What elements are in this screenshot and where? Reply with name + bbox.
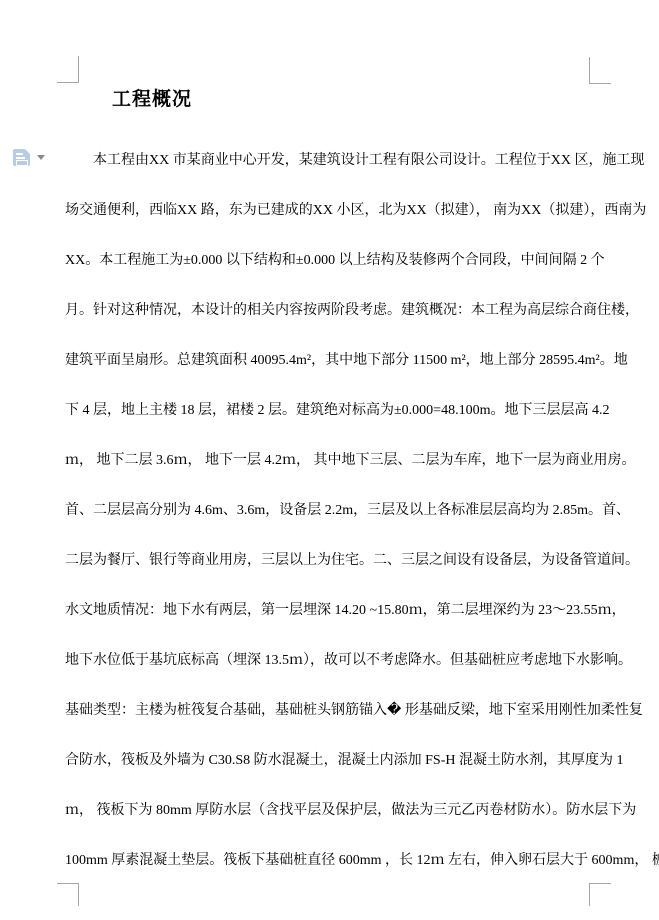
page-fold-icon <box>25 149 30 154</box>
paragraph-line: 首、二层层高分别为 4.6m、3.6m，设备层 2.2m，三层及以上各标准层层高… <box>65 486 594 536</box>
paragraph-line: ｍ， 筏板下为 80mm 厚防水层（含找平层及保护层，做法为三元乙丙卷材防水）。… <box>65 786 594 836</box>
document-page: 工程概况 本工程由XX 市某商业中心开发，某建筑设计工程有限公司设计。工程位于X… <box>0 0 659 920</box>
paragraph-line: 月。针对这种情况，本设计的相关内容按两阶段考虑。建筑概况：本工程为高层综合商住楼… <box>65 286 594 336</box>
paragraph-line: XX。本工程施工为±0.000 以下结构和±0.000 以上结构及装修两个合同段… <box>65 236 594 286</box>
paragraph-line: 水文地质情况：地下水有两层，第一层埋深 14.20 ~15.80ｍ，第二层埋深约… <box>65 586 594 636</box>
paragraph-line: 基础类型：主楼为桩筏复合基础，基础桩头钢筋锚入� 形基础反梁，地下室采用刚性加柔… <box>65 686 594 736</box>
crop-mark-bottom-right-icon <box>589 883 611 906</box>
paragraph-line: 二层为餐厅、银行等商业用房，三层以上为住宅。二、三层之间设有设备层，为设备管道间… <box>65 536 594 586</box>
paragraph-line: 地下水位低于基坑底标高（埋深 13.5ｍ），故可以不考虑降水。但基础桩应考虑地下… <box>65 636 594 686</box>
crop-mark-top-left-icon <box>57 56 79 83</box>
paragraph-line: 场交通便利，西临XX 路，东为已建成的XX 小区，北为XX（拟建）， 南为XX（… <box>65 186 594 236</box>
paste-options-icon <box>13 149 30 166</box>
crop-mark-bottom-left-icon <box>57 883 79 906</box>
paragraph-line: ｍ， 地下二层 3.6ｍ， 地下一层 4.2ｍ， 其中地下三层、二层为车库，地下… <box>65 436 594 486</box>
crop-mark-top-right-icon <box>589 57 611 84</box>
paragraph-line: 下 4 层，地上主楼 18 层，裙楼 2 层。建筑绝对标高为±0.000=48.… <box>65 386 594 436</box>
chevron-down-icon[interactable] <box>37 155 45 160</box>
paragraph-line: 100mm 厚素混凝土垫层。筏板下基础桩直径 600mm ，长 12ｍ 左右，伸… <box>65 836 594 886</box>
paragraph-line: 合防水，筏板及外墙为 C30.S8 防水混凝土，混凝土内添加 FS-H 混凝土防… <box>65 736 594 786</box>
paragraph-line: 本工程由XX 市某商业中心开发，某建筑设计工程有限公司设计。工程位于XX 区，施… <box>65 136 594 186</box>
document-body-text: 本工程由XX 市某商业中心开发，某建筑设计工程有限公司设计。工程位于XX 区，施… <box>65 136 594 886</box>
paste-options-button[interactable] <box>13 145 49 169</box>
paragraph-line: 建筑平面呈扇形。总建筑面积 40095.4m²，其中地下部分 11500 m²，… <box>65 336 594 386</box>
page-title: 工程概况 <box>112 84 192 111</box>
